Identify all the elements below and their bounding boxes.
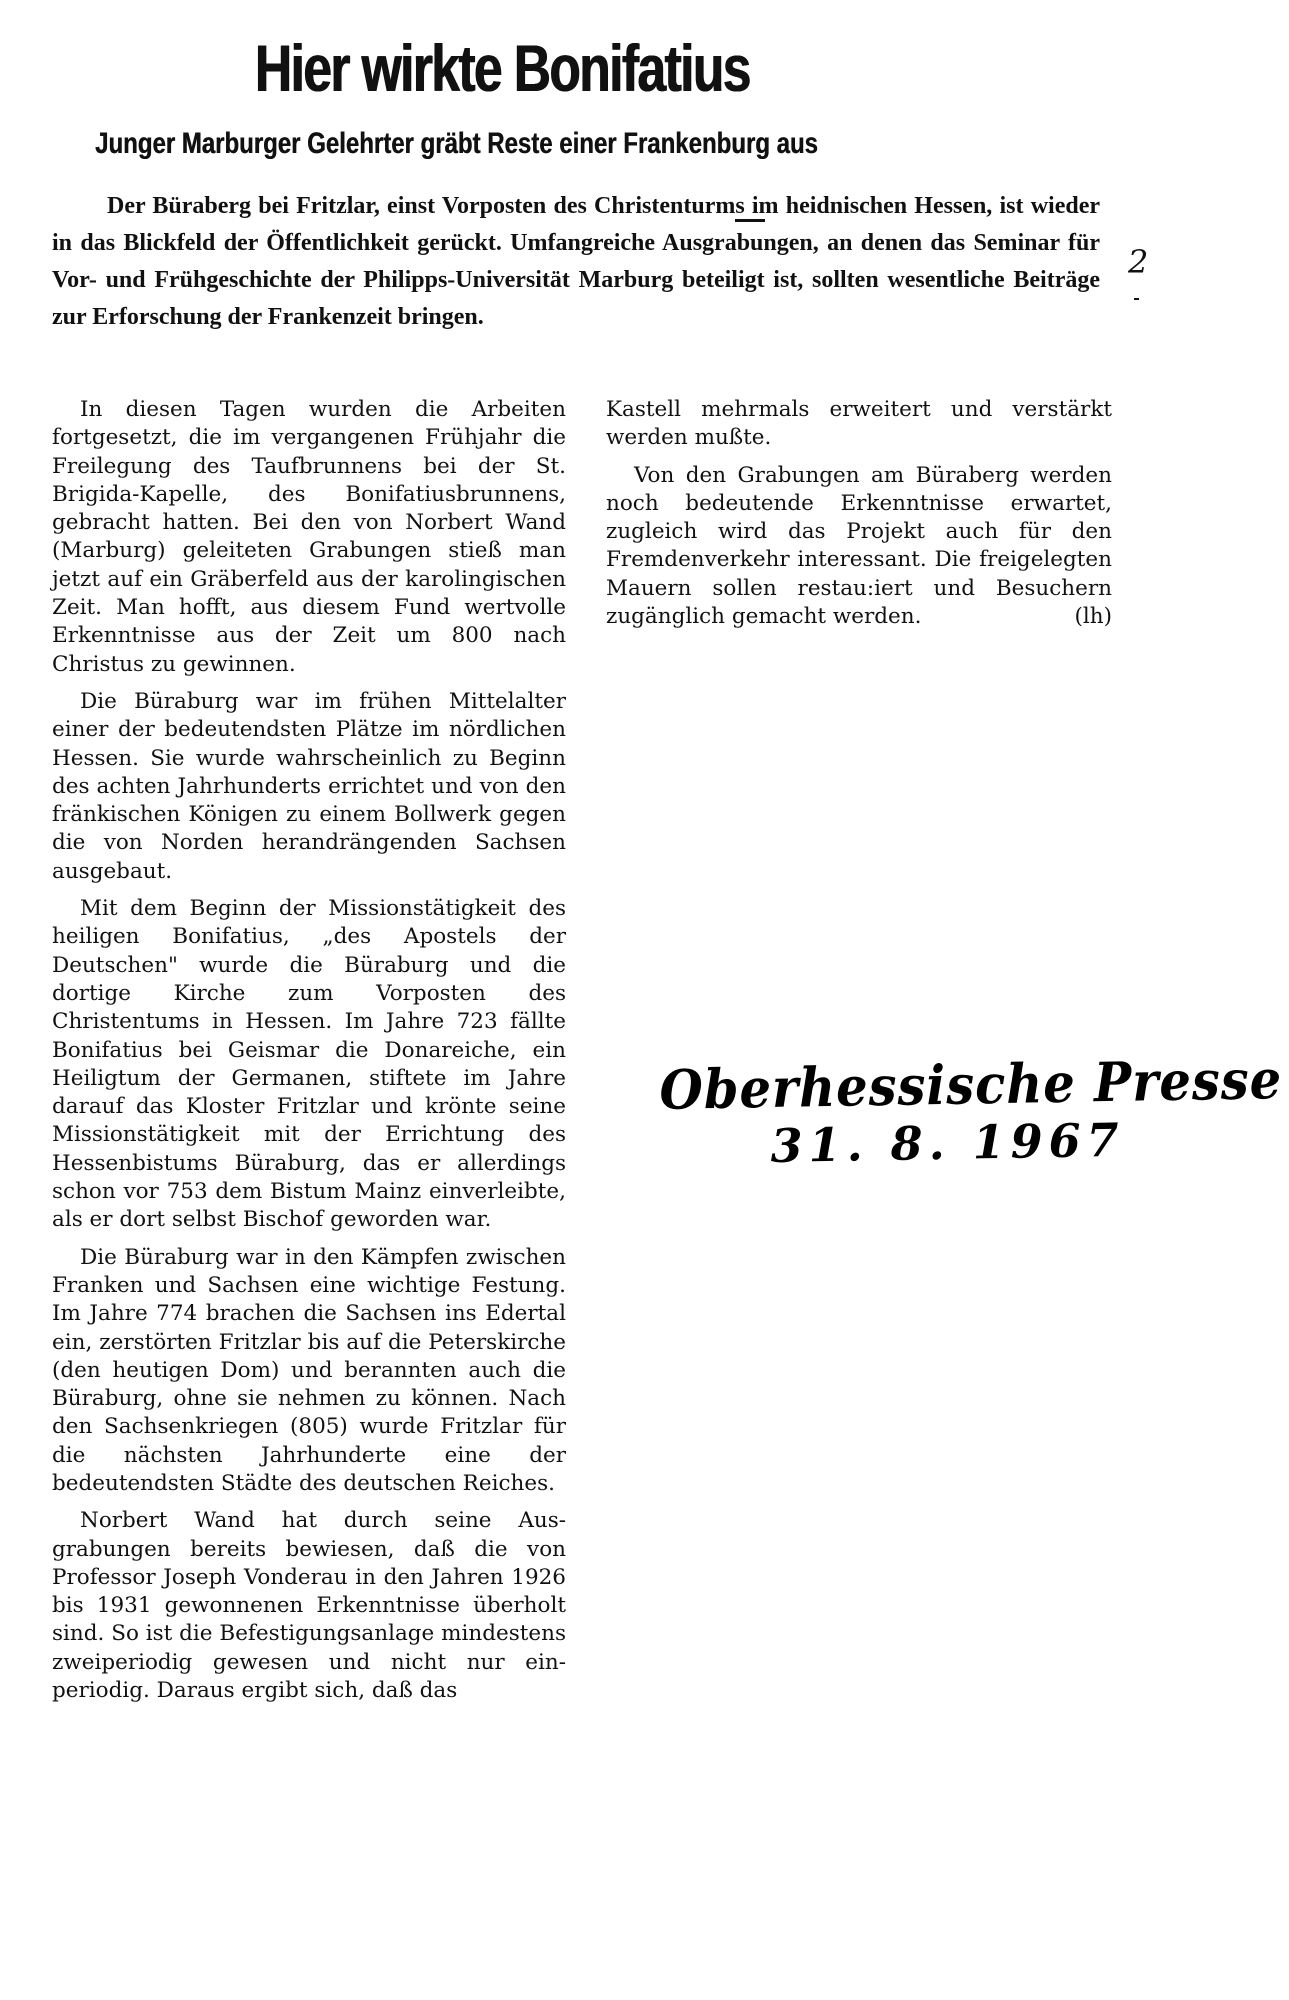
right-column: Kastell mehrmals erweitert und ver­stärk… bbox=[606, 396, 1112, 640]
paragraph: Die Büraburg war in den Kämpfen zwischen… bbox=[52, 1244, 566, 1499]
margin-dot bbox=[1134, 298, 1139, 300]
author-initials: (lh) bbox=[1047, 603, 1113, 631]
subheadline: Junger Marburger Gelehrter gräbt Reste e… bbox=[95, 124, 818, 164]
paragraph: In diesen Tagen wurden die Arbeiten fort… bbox=[52, 396, 566, 679]
paragraph: Mit dem Beginn der Missionstätig­keit de… bbox=[52, 895, 566, 1235]
intro-paragraph: Der Büraberg bei Fritzlar, einst Vorpost… bbox=[52, 188, 1100, 336]
paragraph: Norbert Wand hat durch seine Aus­grabung… bbox=[52, 1507, 566, 1705]
headline: Hier wirkte Bonifatius bbox=[255, 28, 770, 108]
left-column: In diesen Tagen wurden die Arbeiten fort… bbox=[52, 396, 566, 1714]
paragraph-continued: Kastell mehrmals erweitert und ver­stärk… bbox=[606, 396, 1112, 453]
handwritten-source-note: Oberhessische Presse 31. 8. 1967 bbox=[659, 1050, 1221, 1176]
paragraph: Die Büraburg war im frühen Mittel­alter … bbox=[52, 688, 566, 886]
paragraph: Von den Grabungen am Büraberg werden noc… bbox=[606, 462, 1112, 632]
handwritten-date: 31. 8. 1967 bbox=[770, 1110, 1221, 1174]
paragraph-text: Von den Grabungen am Büraberg werden noc… bbox=[606, 463, 1112, 629]
newspaper-clipping: Hier wirkte Bonifatius Junger Marburger … bbox=[0, 0, 1289, 2000]
handwritten-publication: Oberhessische Presse bbox=[659, 1051, 1175, 1120]
intro-text: Der Büraberg bei Fritzlar, einst Vorpost… bbox=[52, 188, 1100, 336]
margin-page-mark: 2 bbox=[1128, 245, 1148, 279]
